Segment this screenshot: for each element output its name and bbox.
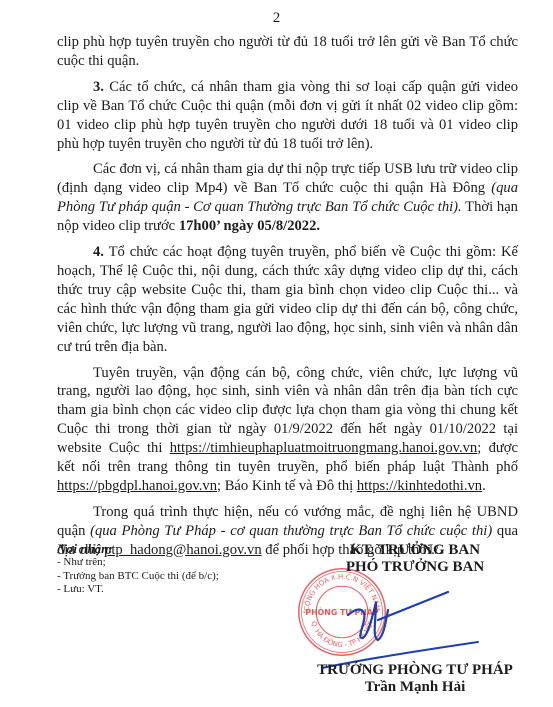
deadline: 17h00’ ngày 05/8/2022. xyxy=(179,218,320,234)
signer-position: TRƯỞNG PHÒNG TƯ PHÁP xyxy=(285,662,545,679)
link-kinhtedothi[interactable]: https://kinhtedothi.vn xyxy=(357,478,482,494)
link-pbgdpl[interactable]: https://pbgdpl.hanoi.gov.vn xyxy=(57,478,217,494)
paragraph-submission: Các đơn vị, cá nhân tham gia dự thi nộp … xyxy=(57,160,518,236)
paragraph-item-3: 3. Các tổ chức, cá nhân tham gia vòng th… xyxy=(57,78,518,154)
item-number: 4. xyxy=(93,244,104,260)
paragraph-voting: Tuyên truyền, vận động cán bộ, công chức… xyxy=(57,364,518,496)
recipients-block: Nơi nhận: - Như trên; - Trưởng ban BTC C… xyxy=(57,541,287,597)
paragraph-item-4: 4. Tổ chức các hoạt động tuyên truyền, p… xyxy=(57,243,518,356)
paragraph-continuation: clip phù hợp tuyên truyền cho người từ đ… xyxy=(57,33,518,71)
document-body: clip phù hợp tuyên truyền cho người từ đ… xyxy=(57,33,518,567)
recipient-item: - Như trên; xyxy=(57,556,287,570)
recipients-title: Nơi nhận: xyxy=(57,541,287,556)
signer-name: Trần Mạnh Hải xyxy=(285,679,545,696)
signature-title-2: PHÓ TRƯỞNG BAN xyxy=(285,559,545,576)
signature-block: KT. TRƯỞNG BAN PHÓ TRƯỞNG BAN TRƯỞNG PHÒ… xyxy=(285,542,545,696)
item-number: 3. xyxy=(93,79,104,95)
recipient-item: - Lưu: VT. xyxy=(57,583,287,597)
recipient-item: - Trưởng ban BTC Cuộc thi (để b/c); xyxy=(57,570,287,584)
link-contest-website[interactable]: https://timhieuphapluatmoitruongmang.han… xyxy=(170,440,478,456)
signature-title-1: KT. TRƯỞNG BAN xyxy=(285,542,545,559)
page-number: 2 xyxy=(0,10,553,27)
